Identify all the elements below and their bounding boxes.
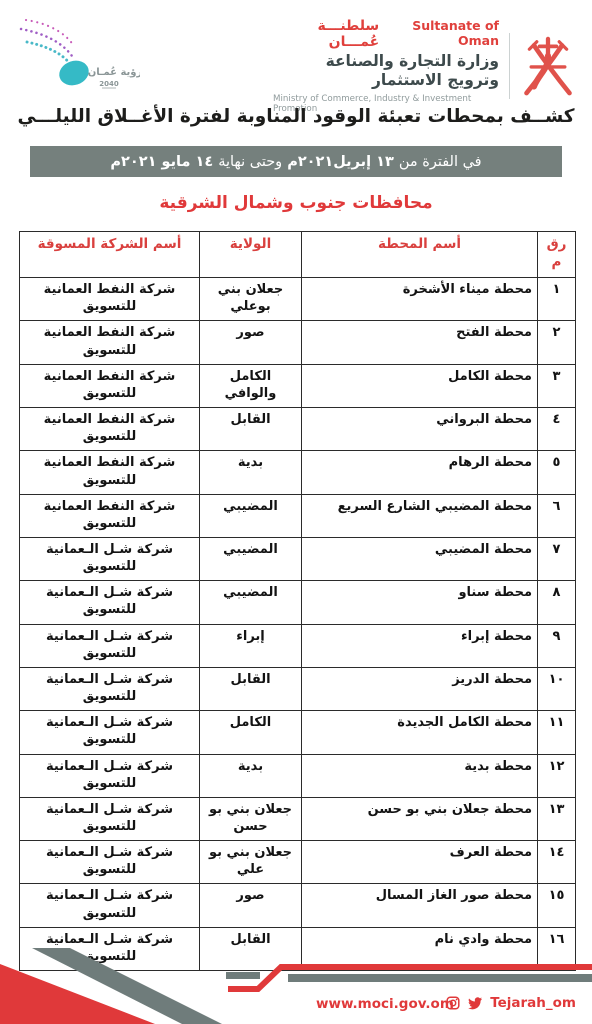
period-bar: في الفترة من ١٣ إبريل٢٠٢١م وحتى نهاية ١٤… bbox=[30, 146, 562, 177]
row-number-cell: ٢ bbox=[538, 321, 576, 364]
table-row: ١٥ محطة صور الغاز المسال صور شركة شـل ال… bbox=[20, 884, 576, 927]
row-number-cell: ١٣ bbox=[538, 797, 576, 840]
row-number-cell: ١١ bbox=[538, 711, 576, 754]
company-cell: شركة النفط العمانية للتسويق bbox=[20, 321, 200, 364]
row-number-cell: ١٢ bbox=[538, 754, 576, 797]
table-row: ٢ محطة الفتح صور شركة النفط العمانية للت… bbox=[20, 321, 576, 364]
row-number-cell: ٩ bbox=[538, 624, 576, 667]
wilaya-cell: إبراء bbox=[200, 624, 302, 667]
station-name-cell: محطة جعلان بني بو حسن bbox=[302, 797, 538, 840]
column-header-company: أسم الشركة المسوقة bbox=[20, 232, 200, 278]
wilaya-cell: المضيبي bbox=[200, 581, 302, 624]
wilaya-cell: الكامل bbox=[200, 711, 302, 754]
row-number-cell: ٥ bbox=[538, 451, 576, 494]
company-cell: شركة شـل الـعمانية للتسويق bbox=[20, 797, 200, 840]
station-name-cell: محطة العرف bbox=[302, 841, 538, 884]
company-cell: شركة شـل الـعمانية للتسويق bbox=[20, 624, 200, 667]
row-number-cell: ٤ bbox=[538, 408, 576, 451]
wilaya-cell: جعلان بني بوعلي bbox=[200, 278, 302, 321]
station-name-cell: محطة ميناء الأشخرة bbox=[302, 278, 538, 321]
svg-text:2040: 2040 bbox=[99, 80, 119, 88]
company-cell: شركة شـل الـعمانية للتسويق bbox=[20, 841, 200, 884]
wilaya-cell: جعلان بني بو حسن bbox=[200, 797, 302, 840]
table-row: ١٤ محطة العرف جعلان بني بو علي شركة شـل … bbox=[20, 841, 576, 884]
ministry-name-arabic: وزارة التجارة والصناعة وترويج الاستثمار bbox=[273, 52, 499, 91]
header-divider bbox=[509, 33, 510, 99]
company-cell: شركة النفط العمانية للتسويق bbox=[20, 451, 200, 494]
wilaya-cell: جعلان بني بو علي bbox=[200, 841, 302, 884]
row-number-cell: ١ bbox=[538, 278, 576, 321]
row-number-cell: ٣ bbox=[538, 364, 576, 407]
instagram-icon[interactable] bbox=[446, 996, 460, 1010]
wilaya-cell: القابل bbox=[200, 667, 302, 710]
gray-dash bbox=[226, 972, 260, 979]
station-name-cell: محطة المضيبي bbox=[302, 537, 538, 580]
social-handle[interactable]: Tejarah_om bbox=[490, 995, 576, 1011]
station-table-body: ١ محطة ميناء الأشخرة جعلان بني بوعلي شرك… bbox=[20, 278, 576, 971]
table-row: ١٠ محطة الدريز القابل شركة شـل الـعمانية… bbox=[20, 667, 576, 710]
wilaya-cell: صور bbox=[200, 884, 302, 927]
column-header-wilaya: الولاية bbox=[200, 232, 302, 278]
company-cell: شركة النفط العمانية للتسويق bbox=[20, 494, 200, 537]
oman-vision-2040-logo: رؤية عُمـان 2040 bbox=[12, 16, 140, 98]
social-media-block: Tejarah_om bbox=[446, 995, 576, 1011]
station-name-cell: محطة الرهام bbox=[302, 451, 538, 494]
table-row: ١٢ محطة بدية بدية شركة شـل الـعمانية للت… bbox=[20, 754, 576, 797]
row-number-cell: ١٠ bbox=[538, 667, 576, 710]
fuel-stations-table: رق م أسم المحطة الولاية أسم الشركة المسو… bbox=[19, 231, 576, 971]
table-row: ٤ محطة البرواني القابل شركة النفط العمان… bbox=[20, 408, 576, 451]
wilaya-cell: بدية bbox=[200, 754, 302, 797]
table-row: ٧ محطة المضيبي المضيبي شركة شـل الـعماني… bbox=[20, 537, 576, 580]
company-cell: شركة شـل الـعمانية للتسويق bbox=[20, 754, 200, 797]
wilaya-cell: المضيبي bbox=[200, 494, 302, 537]
period-end-date: ١٤ مايو ٢٠٢١م bbox=[110, 154, 213, 170]
wilaya-cell: الكامل والوافي bbox=[200, 364, 302, 407]
period-prefix: في الفترة من bbox=[399, 154, 482, 170]
table-row: ٩ محطة إبراء إبراء شركة شـل الـعمانية لل… bbox=[20, 624, 576, 667]
period-middle: وحتى نهاية bbox=[218, 154, 282, 170]
company-cell: شركة النفط العمانية للتسويق bbox=[20, 364, 200, 407]
website-link[interactable]: www.moci.gov.om bbox=[316, 996, 454, 1012]
table-header-row: رق م أسم المحطة الولاية أسم الشركة المسو… bbox=[20, 232, 576, 278]
company-cell: شركة شـل الـعمانية للتسويق bbox=[20, 711, 200, 754]
company-cell: شركة النفط العمانية للتسويق bbox=[20, 408, 200, 451]
station-name-cell: محطة الفتح bbox=[302, 321, 538, 364]
footer-decoration bbox=[0, 948, 592, 1024]
table-row: ١٣ محطة جعلان بني بو حسن جعلان بني بو حس… bbox=[20, 797, 576, 840]
company-cell: شركة النفط العمانية للتسويق bbox=[20, 278, 200, 321]
sultanate-name-arabic: سلطنـــة عُمـــان bbox=[273, 18, 379, 50]
station-name-cell: محطة بدية bbox=[302, 754, 538, 797]
station-name-cell: محطة البرواني bbox=[302, 408, 538, 451]
row-number-cell: ٨ bbox=[538, 581, 576, 624]
company-cell: شركة شـل الـعمانية للتسويق bbox=[20, 537, 200, 580]
sultanate-name-english: Sultanate of Oman bbox=[379, 18, 499, 48]
document-page: رؤية عُمـان 2040 سلطنـــة عُمـــان Sulta… bbox=[0, 0, 592, 1024]
column-header-number: رق م bbox=[538, 232, 576, 278]
station-name-cell: محطة إبراء bbox=[302, 624, 538, 667]
row-number-cell: ١٤ bbox=[538, 841, 576, 884]
gray-ribbon-bar bbox=[288, 974, 592, 982]
row-number-cell: ٧ bbox=[538, 537, 576, 580]
column-header-station: أسم المحطة bbox=[302, 232, 538, 278]
wilaya-cell: المضيبي bbox=[200, 537, 302, 580]
ministry-text-block: سلطنـــة عُمـــان Sultanate of Oman وزار… bbox=[273, 18, 499, 114]
row-number-cell: ٦ bbox=[538, 494, 576, 537]
table-row: ١ محطة ميناء الأشخرة جعلان بني بوعلي شرك… bbox=[20, 278, 576, 321]
page-header: رؤية عُمـان 2040 سلطنـــة عُمـــان Sulta… bbox=[0, 8, 592, 104]
station-name-cell: محطة الكامل الجديدة bbox=[302, 711, 538, 754]
company-cell: شركة شـل الـعمانية للتسويق bbox=[20, 581, 200, 624]
station-name-cell: محطة الدريز bbox=[302, 667, 538, 710]
company-cell: شركة شـل الـعمانية للتسويق bbox=[20, 884, 200, 927]
svg-text:رؤية عُمـان: رؤية عُمـان bbox=[88, 66, 140, 78]
wilaya-cell: صور bbox=[200, 321, 302, 364]
station-name-cell: محطة سناو bbox=[302, 581, 538, 624]
table-row: ٦ محطة المضيبي الشارع السريع المضيبي شرك… bbox=[20, 494, 576, 537]
page-title: كشــف بمحطات تعبئة الوقود المناوبة لفترة… bbox=[0, 106, 592, 127]
governorate-section-title: محافظات جنوب وشمال الشرقية bbox=[0, 193, 592, 213]
oman-national-emblem-icon bbox=[520, 32, 576, 100]
table-row: ١١ محطة الكامل الجديدة الكامل شركة شـل ا… bbox=[20, 711, 576, 754]
table-row: ٨ محطة سناو المضيبي شركة شـل الـعمانية ل… bbox=[20, 581, 576, 624]
twitter-icon[interactable] bbox=[467, 996, 483, 1010]
row-number-cell: ١٥ bbox=[538, 884, 576, 927]
table-row: ٣ محطة الكامل الكامل والوافي شركة النفط … bbox=[20, 364, 576, 407]
station-name-cell: محطة المضيبي الشارع السريع bbox=[302, 494, 538, 537]
period-start-date: ١٣ إبريل٢٠٢١م bbox=[287, 154, 394, 170]
company-cell: شركة شـل الـعمانية للتسويق bbox=[20, 667, 200, 710]
wilaya-cell: القابل bbox=[200, 408, 302, 451]
table-row: ٥ محطة الرهام بدية شركة النفط العمانية ل… bbox=[20, 451, 576, 494]
ministry-identity-block: سلطنـــة عُمـــان Sultanate of Oman وزار… bbox=[273, 18, 576, 114]
station-name-cell: محطة صور الغاز المسال bbox=[302, 884, 538, 927]
station-name-cell: محطة الكامل bbox=[302, 364, 538, 407]
wilaya-cell: بدية bbox=[200, 451, 302, 494]
